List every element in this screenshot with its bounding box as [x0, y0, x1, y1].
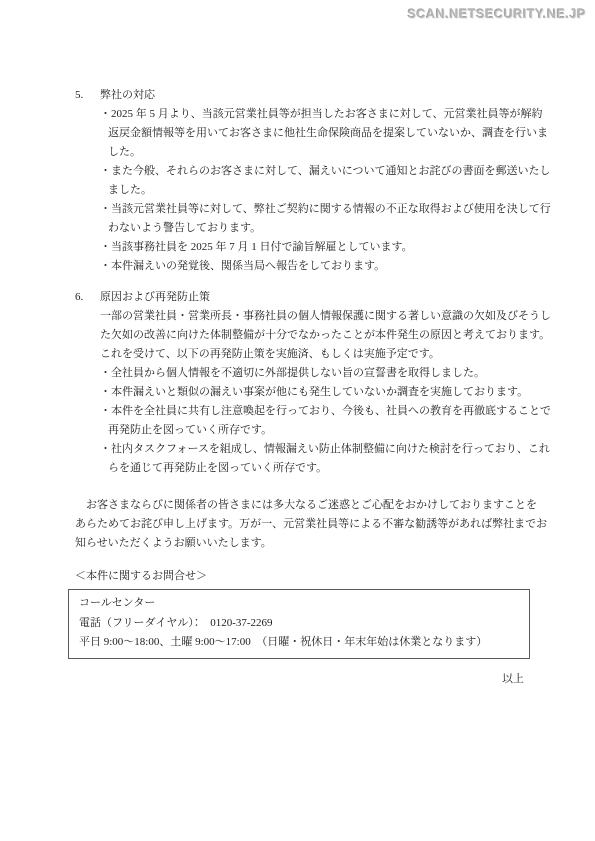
section-6-paragraph: 一部の営業社員・営業所長・事務社員の個人情報保護に関する著しい意識の欠如及びそう…: [100, 307, 530, 364]
section-6-title: 原因および再発防止策: [100, 288, 210, 307]
bullet-item: ・また今般、それらのお客さまに対して、漏えいについて通知とお詫びの書面を郵送いた…: [100, 162, 530, 200]
text-line: ・当該元営業社員等に対して、弊社ご契約に関する情報の不正な取得および使用を決して…: [100, 200, 530, 219]
text-line: お客さまならびに関係者の皆さまには多大なるご迷惑とご心配をおかけしておりますこと…: [75, 496, 530, 515]
contact-heading: ＜本件に関するお問合せ＞: [75, 567, 530, 586]
bullet-item: ・当該元営業社員等に対して、弊社ご契約に関する情報の不正な取得および使用を決して…: [100, 200, 530, 238]
section-5-heading: 5. 弊社の対応: [75, 86, 530, 105]
text-line: ・本件漏えいと類似の漏えい事案が他にも発生していないか調査を実施しております。: [100, 383, 530, 402]
text-line: ました。: [100, 181, 530, 200]
text-line: これを受けて、以下の再発防止策を実施済、もしくは実施予定です。: [100, 345, 530, 364]
text-line: あらためてお詫び申し上げます。万が一、元営業社員等による不審な勧誘等があれば弊社…: [75, 515, 530, 534]
text-line: 知らせいただくようお願いいたします。: [75, 534, 530, 553]
text-line: た欠如の改善に向けた体制整備が十分でなかったことが本件発生の原因と考えております…: [100, 326, 530, 345]
bullet-item: ・2025 年 5 月より、当該元営業社員等が担当したお客さまに対して、元営業社…: [100, 105, 530, 162]
document-end-mark: 以上: [75, 670, 530, 689]
bullet-item: ・当該事務社員を 2025 年 7 月 1 日付で諭旨解雇としています。: [100, 238, 530, 257]
section-6-heading: 6. 原因および再発防止策: [75, 288, 530, 307]
document-page: SCAN.NETSECURITY.NE.JP 5. 弊社の対応 ・2025 年 …: [0, 0, 595, 841]
bullet-item: ・本件漏えいと類似の漏えい事案が他にも発生していないか調査を実施しております。: [100, 383, 530, 402]
text-line: わないよう警告しております。: [100, 219, 530, 238]
closing-paragraph: お客さまならびに関係者の皆さまには多大なるご迷惑とご心配をおかけしておりますこと…: [75, 496, 530, 553]
contact-call-center: コールセンター: [79, 594, 519, 614]
section-5-title: 弊社の対応: [100, 86, 155, 105]
section-6-body: 一部の営業社員・営業所長・事務社員の個人情報保護に関する著しい意識の欠如及びそう…: [100, 307, 530, 478]
bullet-item: ・本件漏えいの発覚後、関係当局へ報告をしております。: [100, 257, 530, 276]
text-line: 一部の営業社員・営業所長・事務社員の個人情報保護に関する著しい意識の欠如及びそう…: [100, 307, 530, 326]
section-6-number: 6.: [75, 288, 100, 307]
text-line: ・社内タスクフォースを組成し、情報漏えい防止体制整備に向けた検討を行っており、こ…: [100, 440, 530, 459]
text-line: ・当該事務社員を 2025 年 7 月 1 日付で諭旨解雇としています。: [100, 238, 530, 257]
contact-hours: 平日 9:00～18:00、土曜 9:00～17:00 （日曜・祝休日・年末年始…: [79, 633, 519, 653]
site-watermark: SCAN.NETSECURITY.NE.JP: [407, 7, 586, 21]
section-5-number: 5.: [75, 86, 100, 105]
text-line: ・また今般、それらのお客さまに対して、漏えいについて通知とお詫びの書面を郵送いた…: [100, 162, 530, 181]
document-content: 5. 弊社の対応 ・2025 年 5 月より、当該元営業社員等が担当したお客さま…: [75, 86, 530, 689]
text-line: らを通じて再発防止を図っていく所存です。: [100, 459, 530, 478]
text-line: ・2025 年 5 月より、当該元営業社員等が担当したお客さまに対して、元営業社…: [100, 105, 530, 124]
text-line: ・本件を全社員に共有し注意喚起を行っており、今後も、社員への教育を再徹底すること…: [100, 402, 530, 421]
bullet-item: ・本件を全社員に共有し注意喚起を行っており、今後も、社員への教育を再徹底すること…: [100, 402, 530, 440]
contact-phone-number: 電話（フリーダイヤル）： 0120-37-2269: [79, 614, 519, 634]
section-company-response: 5. 弊社の対応 ・2025 年 5 月より、当該元営業社員等が担当したお客さま…: [75, 86, 530, 276]
bullet-item: ・全社員から個人情報を不適切に外部提供しない旨の宣誓書を取得しました。: [100, 364, 530, 383]
contact-info-box: コールセンター 電話（フリーダイヤル）： 0120-37-2269 平日 9:0…: [68, 589, 530, 659]
section-5-body: ・2025 年 5 月より、当該元営業社員等が担当したお客さまに対して、元営業社…: [100, 105, 530, 276]
text-line: 再発防止を図っていく所存です。: [100, 421, 530, 440]
text-line: した。: [100, 143, 530, 162]
section-cause-prevention: 6. 原因および再発防止策 一部の営業社員・営業所長・事務社員の個人情報保護に関…: [75, 288, 530, 478]
text-line: ・本件漏えいの発覚後、関係当局へ報告をしております。: [100, 257, 530, 276]
text-line: 返戻金額情報等を用いてお客さまに他社生命保険商品を提案していないか、調査を行いま: [100, 124, 530, 143]
bullet-item: ・社内タスクフォースを組成し、情報漏えい防止体制整備に向けた検討を行っており、こ…: [100, 440, 530, 478]
text-line: ・全社員から個人情報を不適切に外部提供しない旨の宣誓書を取得しました。: [100, 364, 530, 383]
